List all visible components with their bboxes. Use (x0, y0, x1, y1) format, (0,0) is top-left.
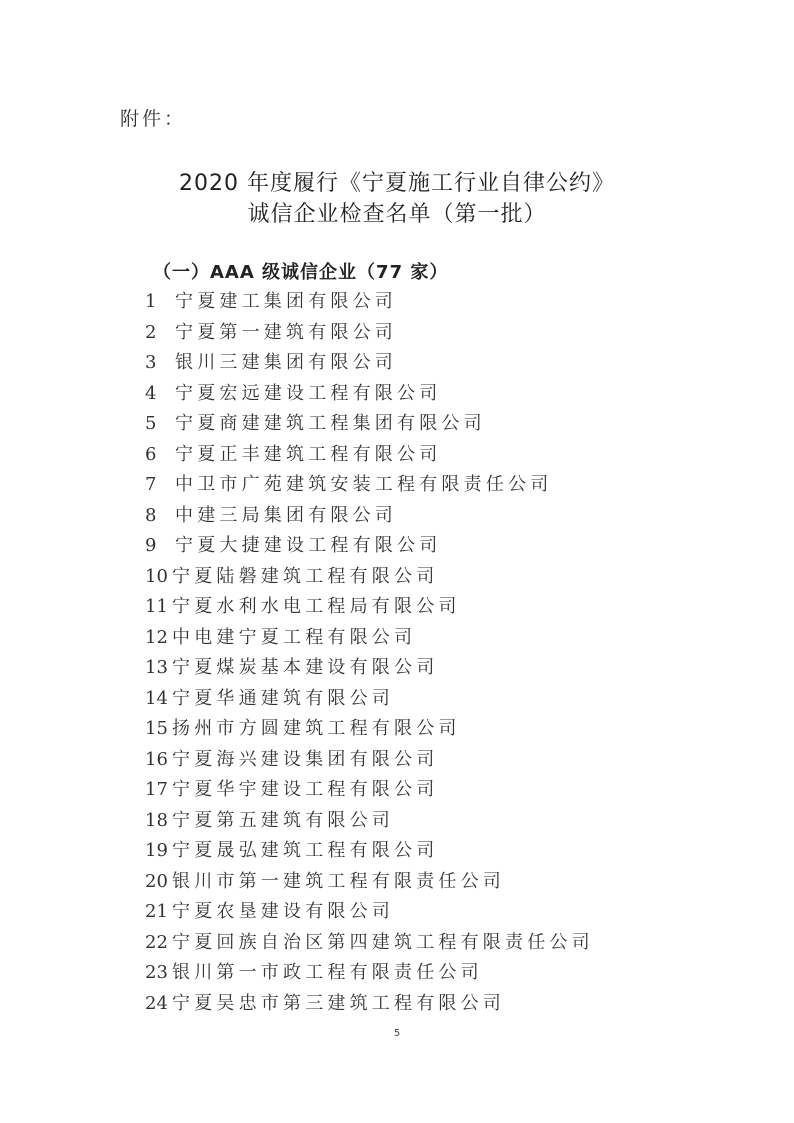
document-title-line-1: 2020 年度履行《宁夏施工行业自律公约》 (0, 166, 794, 197)
company-name: 宁夏海兴建设集团有限公司 (172, 749, 438, 770)
attachment-label: 附件： (120, 104, 186, 131)
company-name: 扬州市方圆建筑工程有限公司 (172, 718, 461, 739)
list-item: 4宁夏宏远建设工程有限公司 (145, 379, 594, 410)
list-item: 11宁夏水利水电工程局有限公司 (145, 592, 594, 623)
company-name: 宁夏晟弘建筑工程有限公司 (172, 840, 438, 861)
item-number: 22 (145, 928, 172, 959)
company-name: 宁夏宏远建设工程有限公司 (175, 383, 441, 404)
company-name: 宁夏第一建筑有限公司 (175, 322, 397, 343)
company-name: 宁夏煤炭基本建设有限公司 (172, 657, 438, 678)
list-item: 5宁夏商建建筑工程集团有限公司 (145, 409, 594, 440)
company-name: 宁夏陆磐建筑工程有限公司 (172, 566, 438, 587)
list-item: 15扬州市方圆建筑工程有限公司 (145, 714, 594, 745)
item-number: 19 (145, 836, 172, 867)
list-item: 18宁夏第五建筑有限公司 (145, 806, 594, 837)
item-number: 17 (145, 775, 172, 806)
item-number: 7 (145, 470, 175, 501)
item-number: 20 (145, 867, 172, 898)
item-number: 6 (145, 440, 175, 471)
company-name: 宁夏华宇建设工程有限公司 (172, 779, 438, 800)
item-number: 23 (145, 958, 172, 989)
item-number: 12 (145, 623, 172, 654)
list-item: 16宁夏海兴建设集团有限公司 (145, 745, 594, 776)
company-name: 宁夏吴忠市第三建筑工程有限公司 (172, 993, 505, 1014)
company-name: 中卫市广苑建筑安装工程有限责任公司 (175, 474, 552, 495)
item-number: 14 (145, 684, 172, 715)
company-name: 宁夏第五建筑有限公司 (172, 810, 394, 831)
item-number: 16 (145, 745, 172, 776)
company-name: 中电建宁夏工程有限公司 (172, 627, 416, 648)
company-list: 1宁夏建工集团有限公司2宁夏第一建筑有限公司3银川三建集团有限公司4宁夏宏远建设… (145, 287, 594, 1019)
company-name: 宁夏大捷建设工程有限公司 (175, 535, 441, 556)
item-number: 21 (145, 897, 172, 928)
item-number: 1 (145, 287, 175, 318)
item-number: 2 (145, 318, 175, 349)
list-item: 24宁夏吴忠市第三建筑工程有限公司 (145, 989, 594, 1020)
list-item: 3银川三建集团有限公司 (145, 348, 594, 379)
section-heading: （一）AAA 级诚信企业（77 家） (153, 258, 448, 284)
company-name: 宁夏建工集团有限公司 (175, 291, 397, 312)
list-item: 21宁夏农垦建设有限公司 (145, 897, 594, 928)
item-number: 18 (145, 806, 172, 837)
company-name: 银川第一市政工程有限责任公司 (172, 962, 483, 983)
list-item: 8中建三局集团有限公司 (145, 501, 594, 532)
company-name: 宁夏华通建筑有限公司 (172, 688, 394, 709)
item-number: 15 (145, 714, 172, 745)
company-name: 宁夏水利水电工程局有限公司 (172, 596, 461, 617)
company-name: 银川三建集团有限公司 (175, 352, 397, 373)
item-number: 8 (145, 501, 175, 532)
page-number: 5 (0, 1028, 794, 1039)
list-item: 1宁夏建工集团有限公司 (145, 287, 594, 318)
item-number: 4 (145, 379, 175, 410)
list-item: 23银川第一市政工程有限责任公司 (145, 958, 594, 989)
document-title-line-2: 诚信企业检查名单（第一批） (0, 197, 794, 228)
list-item: 17宁夏华宇建设工程有限公司 (145, 775, 594, 806)
list-item: 10宁夏陆磐建筑工程有限公司 (145, 562, 594, 593)
list-item: 13宁夏煤炭基本建设有限公司 (145, 653, 594, 684)
list-item: 6宁夏正丰建筑工程有限公司 (145, 440, 594, 471)
item-number: 13 (145, 653, 172, 684)
list-item: 14宁夏华通建筑有限公司 (145, 684, 594, 715)
item-number: 5 (145, 409, 175, 440)
item-number: 3 (145, 348, 175, 379)
company-name: 宁夏正丰建筑工程有限公司 (175, 444, 441, 465)
list-item: 9宁夏大捷建设工程有限公司 (145, 531, 594, 562)
item-number: 24 (145, 989, 172, 1020)
list-item: 12中电建宁夏工程有限公司 (145, 623, 594, 654)
list-item: 19宁夏晟弘建筑工程有限公司 (145, 836, 594, 867)
list-item: 22宁夏回族自治区第四建筑工程有限责任公司 (145, 928, 594, 959)
item-number: 10 (145, 562, 172, 593)
company-name: 中建三局集团有限公司 (175, 505, 397, 526)
item-number: 11 (145, 592, 172, 623)
list-item: 20银川市第一建筑工程有限责任公司 (145, 867, 594, 898)
company-name: 宁夏回族自治区第四建筑工程有限责任公司 (172, 932, 594, 953)
company-name: 银川市第一建筑工程有限责任公司 (172, 871, 505, 892)
item-number: 9 (145, 531, 175, 562)
list-item: 2宁夏第一建筑有限公司 (145, 318, 594, 349)
company-name: 宁夏农垦建设有限公司 (172, 901, 394, 922)
list-item: 7中卫市广苑建筑安装工程有限责任公司 (145, 470, 594, 501)
company-name: 宁夏商建建筑工程集团有限公司 (175, 413, 486, 434)
